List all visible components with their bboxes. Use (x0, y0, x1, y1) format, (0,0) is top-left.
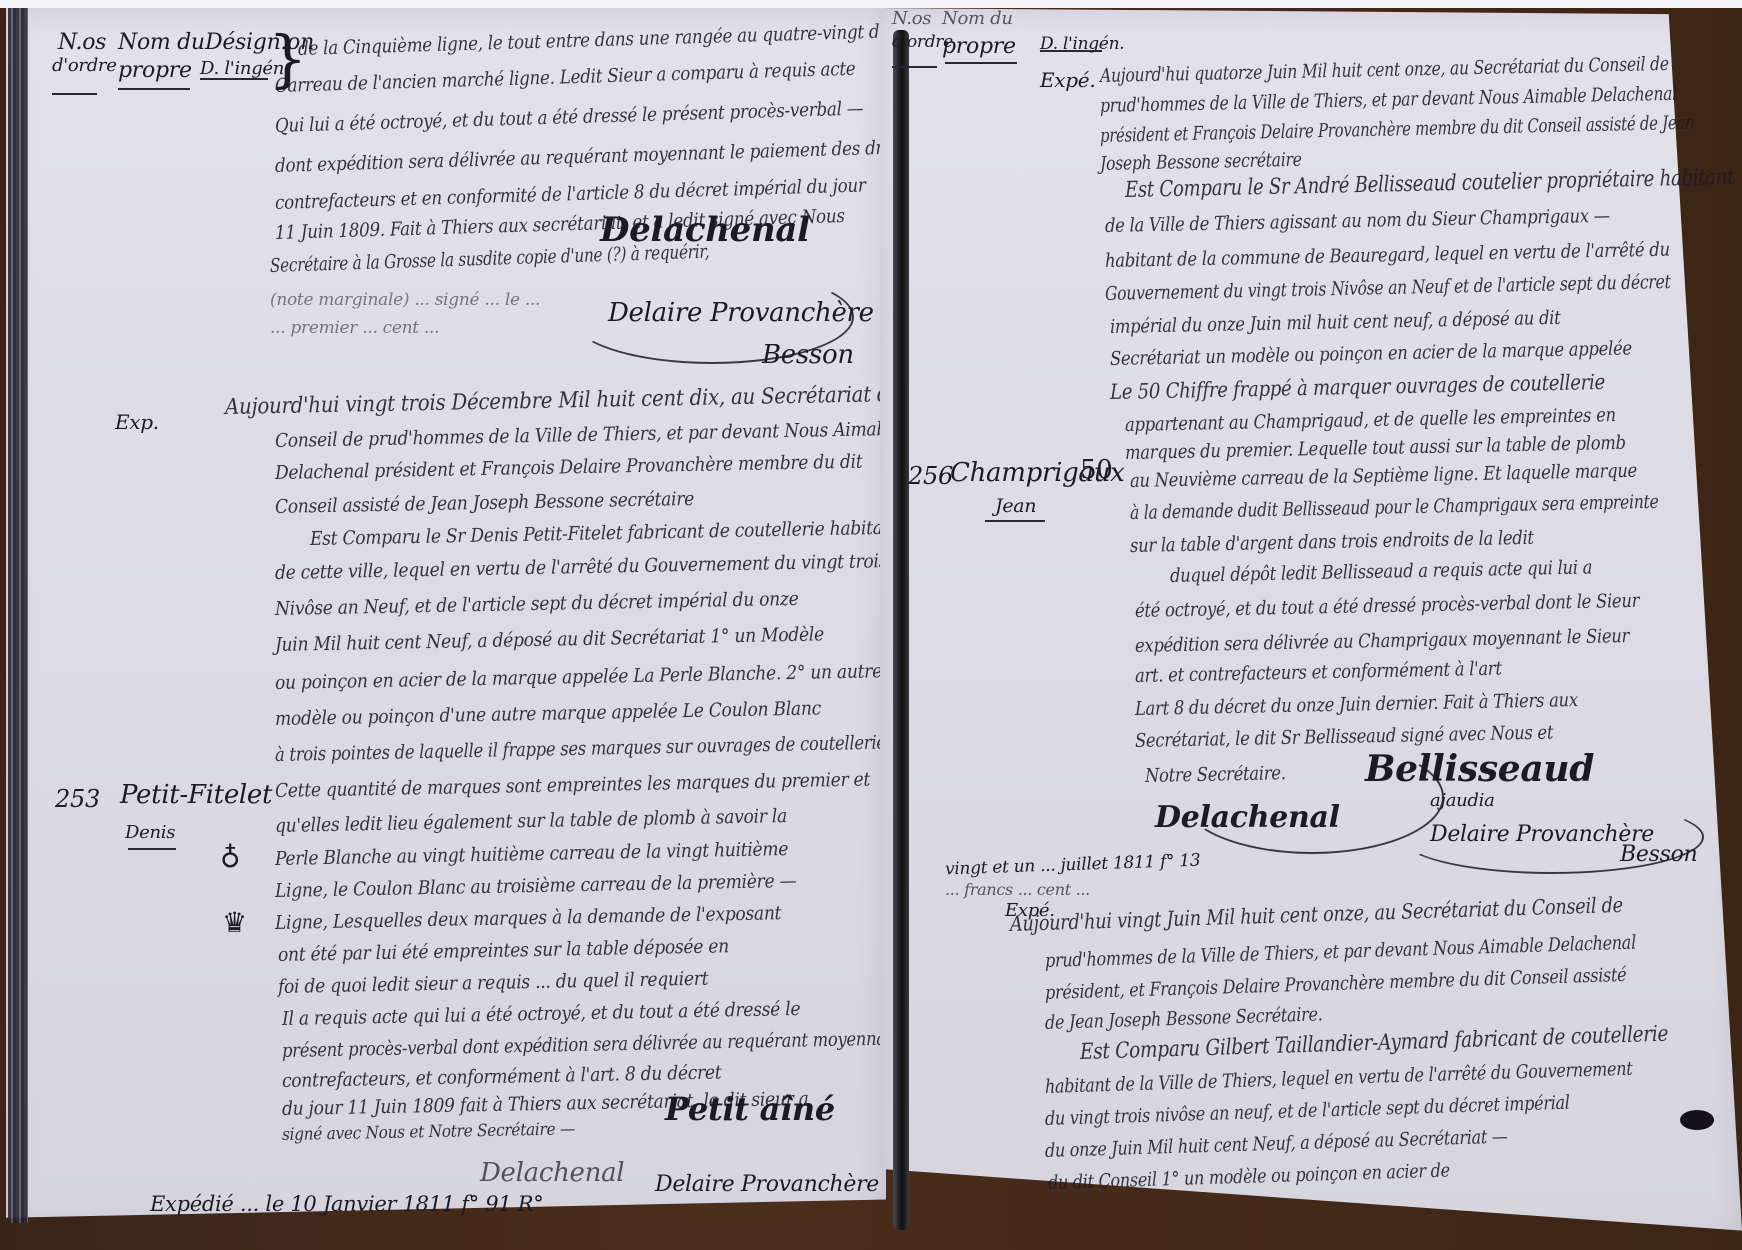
header-col2-l1: Nom du (942, 8, 1013, 29)
margin-note: ... premier ... cent ... (270, 318, 439, 338)
entry-first-name: Denis (125, 822, 175, 843)
entry-first-name: Jean (995, 495, 1036, 517)
header-underline (892, 66, 937, 68)
header-underline (945, 62, 1017, 64)
entry-number: 253 (55, 785, 100, 813)
margin-note: (note marginale) ... signé ... le ... (270, 290, 540, 310)
signature-delaire: Delaire Provanchère (655, 1172, 879, 1197)
name-underline (128, 848, 176, 850)
signature-delachenal: Delachenal (600, 210, 810, 250)
entry-number: 256 (908, 462, 953, 490)
margin-tag-expe: Expé. (1040, 68, 1095, 92)
text-line: Joseph Bessone secrétaire (1100, 149, 1302, 175)
name-underline (985, 520, 1045, 522)
header-col2-l2: propre (118, 58, 192, 83)
signature-flourish (1400, 800, 1704, 874)
margin-tag-exp: Exp. (115, 410, 159, 434)
header-underline (1040, 50, 1102, 52)
signature-petit-aine: Petit aîné (665, 1090, 835, 1128)
header-underline (52, 93, 97, 95)
header-col1-l1: N.os (892, 8, 931, 29)
footer-note: Expédié ... le 10 Janvier 1811 f° 91 R° (150, 1192, 543, 1216)
photo-border (0, 0, 1742, 8)
ink-blot (1680, 1110, 1714, 1130)
entry-name: Petit-Fitelet (120, 780, 272, 810)
entry-count: 50 (1080, 455, 1112, 485)
header-col2-l1: Nom du (118, 30, 205, 55)
left-binding-edge (8, 8, 28, 1223)
book-gutter (893, 30, 909, 1230)
signature-flourish (570, 270, 854, 364)
signature-delachenal: Delachenal (480, 1158, 624, 1188)
header-col2-l2: propre (942, 34, 1016, 59)
header-col1-l2: d'ordre (52, 55, 117, 76)
crown-symbol: ♛ (222, 906, 247, 939)
header-underline (118, 88, 190, 90)
pearl-drop-symbol: ♁ (220, 838, 240, 871)
header-col1-l1: N.os (58, 30, 106, 55)
margin-note: ... francs ... cent ... (945, 880, 1090, 899)
header-underline (200, 78, 268, 80)
